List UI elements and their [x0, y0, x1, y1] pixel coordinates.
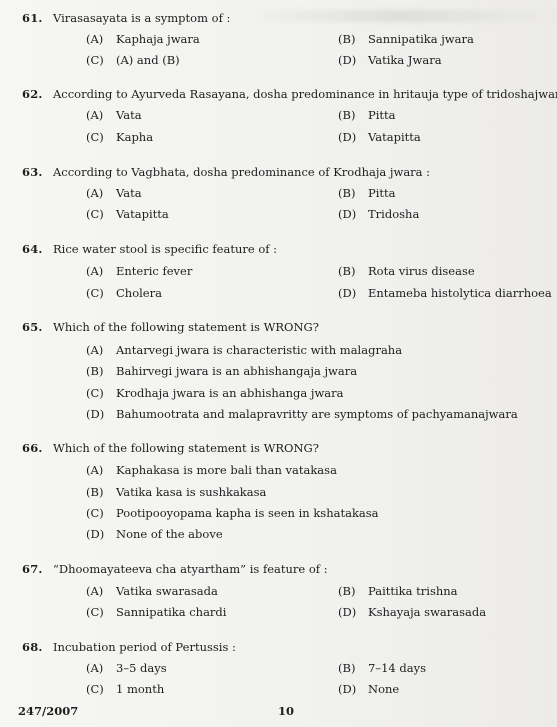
- option-d: (D)Kshayaja swarasada: [338, 605, 486, 619]
- option-letter: (C): [86, 53, 116, 67]
- option-letter: (B): [86, 485, 116, 499]
- option-text: Cholera: [116, 286, 162, 300]
- option-c: (C)Krodhaja jwara is an abhishanga jwara: [86, 386, 344, 400]
- option-b: (B)Rota virus disease: [338, 264, 475, 278]
- option-letter: (D): [338, 605, 368, 619]
- option-text: Bahumootrata and malapravritty are sympt…: [116, 407, 518, 421]
- option-a: (A)Vatika swarasada: [86, 584, 218, 598]
- option-text: Pitta: [368, 108, 396, 122]
- option-letter: (B): [338, 584, 368, 598]
- option-text: Vatika kasa is sushkakasa: [116, 485, 266, 499]
- option-letter: (C): [86, 682, 116, 696]
- option-text: Antarvegi jwara is characteristic with m…: [116, 343, 402, 357]
- option-letter: (D): [86, 407, 116, 421]
- option-letter: (B): [338, 186, 368, 200]
- option-a: (A)Vata: [86, 186, 142, 200]
- option-letter: (D): [338, 130, 368, 144]
- option-text: Vatika swarasada: [116, 584, 218, 598]
- page-number: 10: [278, 704, 294, 718]
- option-text: Kaphaja jwara: [116, 32, 200, 46]
- option-c: (C)Pootipooyopama kapha is seen in kshat…: [86, 506, 379, 520]
- option-c: (C)Cholera: [86, 286, 162, 300]
- option-c: (C)Vatapitta: [86, 207, 169, 221]
- option-text: Entameba histolytica diarrhoea: [368, 286, 552, 300]
- question-text: Virasasayata is a symptom of :: [53, 11, 230, 25]
- option-text: Krodhaja jwara is an abhishanga jwara: [116, 386, 344, 400]
- option-letter: (C): [86, 207, 116, 221]
- question-text: Which of the following statement is WRON…: [53, 441, 319, 455]
- option-c: (C)Kapha: [86, 130, 153, 144]
- question-number: 62.: [22, 87, 43, 101]
- option-b: (B)Paittika trishna: [338, 584, 458, 598]
- option-text: Sannipatika chardi: [116, 605, 226, 619]
- option-text: Enteric fever: [116, 264, 192, 278]
- option-letter: (A): [86, 661, 116, 675]
- question-text: “Dhoomayateeva cha atyartham” is feature…: [53, 562, 328, 576]
- option-b: (B)Pitta: [338, 108, 396, 122]
- option-text: Paittika trishna: [368, 584, 458, 598]
- option-letter: (C): [86, 506, 116, 520]
- option-a: (A)Vata: [86, 108, 142, 122]
- option-text: Vata: [116, 108, 142, 122]
- option-text: None of the above: [116, 527, 223, 541]
- option-text: Vatika Jwara: [368, 53, 442, 67]
- option-letter: (D): [86, 527, 116, 541]
- option-text: Sannipatika jwara: [368, 32, 474, 46]
- option-text: Kaphakasa is more bali than vatakasa: [116, 463, 337, 477]
- question-text: Which of the following statement is WRON…: [53, 320, 319, 334]
- question-number: 67.: [22, 562, 43, 576]
- question-number: 64.: [22, 242, 43, 256]
- question-number: 66.: [22, 441, 43, 455]
- option-letter: (A): [86, 463, 116, 477]
- option-d: (D)None: [338, 682, 399, 696]
- option-b: (B)7–14 days: [338, 661, 426, 675]
- option-a: (A)3–5 days: [86, 661, 167, 675]
- question-number: 61.: [22, 11, 43, 25]
- show-through-text: [245, 10, 555, 22]
- paper-code: 247/2007: [18, 704, 78, 718]
- option-a: (A)Enteric fever: [86, 264, 192, 278]
- option-letter: (D): [338, 53, 368, 67]
- option-d: (D)Entameba histolytica diarrhoea: [338, 286, 552, 300]
- question-number: 63.: [22, 165, 43, 179]
- option-letter: (A): [86, 343, 116, 357]
- option-text: Kapha: [116, 130, 153, 144]
- option-d: (D)None of the above: [86, 527, 223, 541]
- question-text: According to Vagbhata, dosha predominanc…: [53, 165, 430, 179]
- option-letter: (D): [338, 286, 368, 300]
- option-a: (A)Kaphaja jwara: [86, 32, 200, 46]
- option-text: Pootipooyopama kapha is seen in kshataka…: [116, 506, 379, 520]
- option-c: (C)1 month: [86, 682, 164, 696]
- option-letter: (C): [86, 130, 116, 144]
- option-b: (B)Bahirvegi jwara is an abhishangaja jw…: [86, 364, 357, 378]
- question-text: Incubation period of Pertussis :: [53, 640, 236, 654]
- option-letter: (C): [86, 605, 116, 619]
- option-letter: (A): [86, 108, 116, 122]
- option-letter: (B): [338, 32, 368, 46]
- option-letter: (D): [338, 207, 368, 221]
- question-text: According to Ayurveda Rasayana, dosha pr…: [53, 87, 557, 101]
- option-d: (D)Vatika Jwara: [338, 53, 442, 67]
- option-text: Kshayaja swarasada: [368, 605, 486, 619]
- option-text: 7–14 days: [368, 661, 426, 675]
- option-d: (D)Bahumootrata and malapravritty are sy…: [86, 407, 518, 421]
- option-letter: (D): [338, 682, 368, 696]
- option-letter: (C): [86, 286, 116, 300]
- option-a: (A)Kaphakasa is more bali than vatakasa: [86, 463, 337, 477]
- option-b: (B)Vatika kasa is sushkakasa: [86, 485, 266, 499]
- option-text: Vatapitta: [116, 207, 169, 221]
- option-d: (D)Vatapitta: [338, 130, 421, 144]
- option-a: (A)Antarvegi jwara is characteristic wit…: [86, 343, 402, 357]
- option-text: Vatapitta: [368, 130, 421, 144]
- option-text: Tridosha: [368, 207, 419, 221]
- option-letter: (B): [338, 661, 368, 675]
- option-letter: (B): [338, 108, 368, 122]
- option-c: (C)Sannipatika chardi: [86, 605, 226, 619]
- question-number: 65.: [22, 320, 43, 334]
- option-letter: (B): [338, 264, 368, 278]
- option-letter: (B): [86, 364, 116, 378]
- option-b: (B)Pitta: [338, 186, 396, 200]
- option-letter: (A): [86, 32, 116, 46]
- option-text: Vata: [116, 186, 142, 200]
- option-text: 1 month: [116, 682, 164, 696]
- option-b: (B)Sannipatika jwara: [338, 32, 474, 46]
- option-text: Bahirvegi jwara is an abhishangaja jwara: [116, 364, 357, 378]
- option-text: None: [368, 682, 399, 696]
- option-letter: (C): [86, 386, 116, 400]
- option-letter: (A): [86, 584, 116, 598]
- exam-page: 61. Virasasayata is a symptom of : (A)Ka…: [0, 0, 557, 727]
- option-c: (C)(A) and (B): [86, 53, 180, 67]
- option-text: Pitta: [368, 186, 396, 200]
- option-d: (D)Tridosha: [338, 207, 419, 221]
- option-text: 3–5 days: [116, 661, 167, 675]
- question-number: 68.: [22, 640, 43, 654]
- question-text: Rice water stool is specific feature of …: [53, 242, 277, 256]
- option-text: (A) and (B): [116, 53, 180, 67]
- option-letter: (A): [86, 186, 116, 200]
- option-letter: (A): [86, 264, 116, 278]
- option-text: Rota virus disease: [368, 264, 475, 278]
